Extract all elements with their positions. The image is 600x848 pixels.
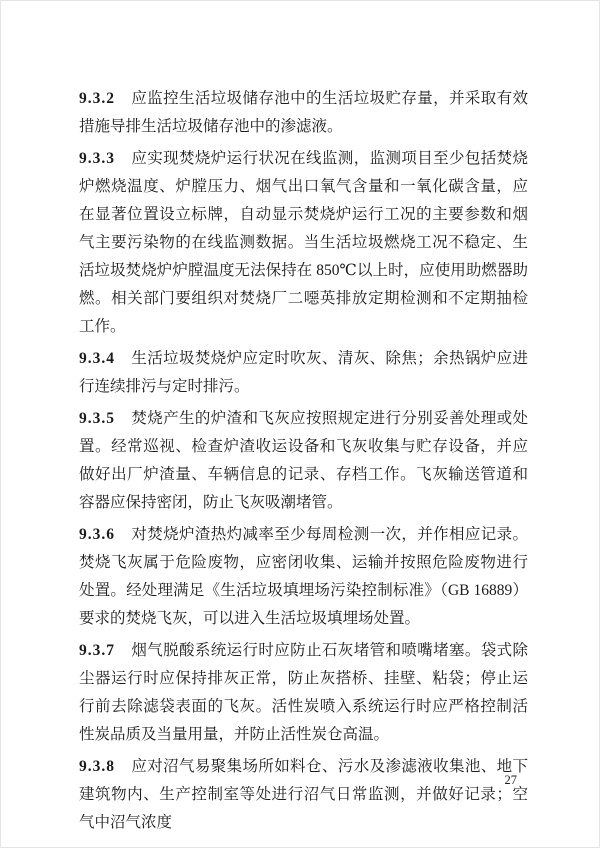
section-number: 9.3.7 (79, 642, 115, 659)
section-text: 对焚烧炉渣热灼减率至少每周检测一次，并作相应记录。焚烧飞灰属于危险废物，应密闭收… (79, 526, 528, 627)
section-number: 9.3.6 (79, 526, 115, 543)
section-text: 生活垃圾焚烧炉应定时吹灰、清灰、除焦；余热锅炉应进行连续排污与定时排污。 (79, 350, 528, 395)
section-number: 9.3.2 (79, 90, 115, 107)
section-number: 9.3.8 (79, 758, 115, 775)
section-number: 9.3.5 (79, 410, 115, 427)
section-paragraph: 9.3.6对焚烧炉渣热灼减率至少每周检测一次，并作相应记录。焚烧飞灰属于危险废物… (79, 521, 528, 633)
section-number: 9.3.3 (79, 150, 115, 167)
document-content: 9.3.2应监控生活垃圾储存池中的生活垃圾贮存量，并采取有效措施导排生活垃圾储存… (79, 85, 528, 841)
page-number: 27 (505, 772, 518, 788)
document-page: 9.3.2应监控生活垃圾储存池中的生活垃圾贮存量，并采取有效措施导排生活垃圾储存… (0, 0, 600, 848)
section-number: 9.3.4 (79, 350, 115, 367)
section-paragraph: 9.3.7烟气脱酸系统运行时应防止石灰堵管和喷嘴堵塞。袋式除尘器运行时应保持排灰… (79, 637, 528, 749)
section-paragraph: 9.3.4生活垃圾焚烧炉应定时吹灰、清灰、除焦；余热锅炉应进行连续排污与定时排污… (79, 345, 528, 401)
section-paragraph: 9.3.8应对沼气易聚集场所如料仓、污水及渗滤液收集池、地下建筑物内、生产控制室… (79, 753, 528, 837)
section-text: 焚烧产生的炉渣和飞灰应按照规定进行分别妥善处理或处置。经常巡视、检查炉渣收运设备… (79, 410, 528, 511)
section-paragraph: 9.3.5焚烧产生的炉渣和飞灰应按照规定进行分别妥善处理或处置。经常巡视、检查炉… (79, 405, 528, 517)
section-text: 应对沼气易聚集场所如料仓、污水及渗滤液收集池、地下建筑物内、生产控制室等处进行沼… (79, 758, 528, 831)
section-text: 烟气脱酸系统运行时应防止石灰堵管和喷嘴堵塞。袋式除尘器运行时应保持排灰正常，防止… (79, 642, 528, 743)
section-text: 应监控生活垃圾储存池中的生活垃圾贮存量，并采取有效措施导排生活垃圾储存池中的渗滤… (79, 90, 528, 135)
section-paragraph: 9.3.2应监控生活垃圾储存池中的生活垃圾贮存量，并采取有效措施导排生活垃圾储存… (79, 85, 528, 141)
section-paragraph: 9.3.3应实现焚烧炉运行状况在线监测，监测项目至少包括焚烧炉燃烧温度、炉膛压力… (79, 145, 528, 341)
section-text: 应实现焚烧炉运行状况在线监测，监测项目至少包括焚烧炉燃烧温度、炉膛压力、烟气出口… (79, 150, 528, 335)
